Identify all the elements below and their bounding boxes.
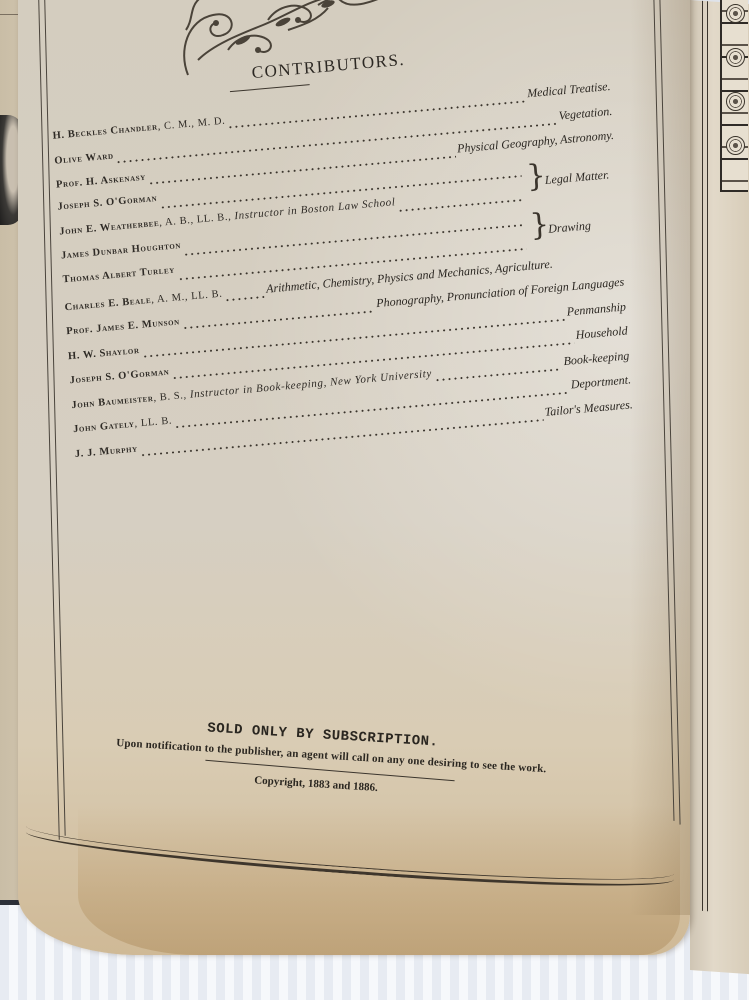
book-page: CONTRIBUTORS. H. Beckles Chandler, C. M.… [18, 0, 690, 955]
contributor-name: Prof. H. Askenasy [56, 172, 147, 191]
contributor-subject: Household [575, 323, 628, 342]
rosette-icon [726, 4, 745, 23]
dot-leader [225, 296, 265, 301]
contributor-name: H. Beckles Chandler, C. M., M. D. [52, 116, 225, 142]
contributor-name: Olive Ward [54, 150, 114, 166]
decorative-border-ornament [720, 0, 748, 192]
contributor-subject: Medical Treatise. [527, 79, 611, 101]
contributor-name: H. W. Shaylor [68, 345, 140, 362]
rosette-icon [726, 136, 745, 155]
rosette-icon [726, 92, 745, 111]
contributors-list: CONTRIBUTORS. H. Beckles Chandler, C. M.… [49, 42, 633, 470]
adjacent-page-frame-line [702, 1, 703, 911]
rosette-icon [726, 48, 745, 67]
brace-icon: } [529, 209, 550, 241]
contributor-subject: Vegetation. [558, 103, 612, 123]
title-rule [230, 84, 310, 92]
brace-icon: } [526, 160, 547, 192]
adjacent-page-frame-line [707, 1, 708, 911]
contributor-name: J. J. Murphy [75, 443, 139, 459]
